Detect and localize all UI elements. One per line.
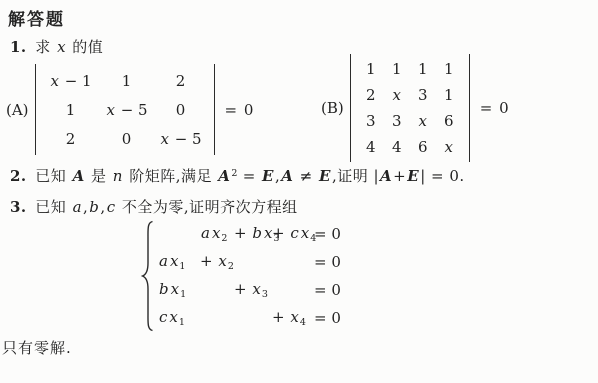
equation-term: + cx4 [272,224,316,244]
determinant-a-cell: x − 1 [49,72,91,90]
determinant-b-cell: 3 [366,112,376,130]
equation-system: ax2+ bx3+ cx4= 0ax1+ x2= 0bx1+ x3= 0cx1+… [141,220,354,332]
equation-term: ax1 [158,252,185,272]
equation-term: = 0 [314,309,341,327]
determinant-b-cell: 1 [444,86,454,104]
closing-text: 只有零解. [2,337,72,358]
determinant-b-cell: 3 [392,112,402,130]
equation-term: + x3 [234,280,268,300]
determinant-b-cell: 1 [444,60,454,78]
determinant-b-cell: 1 [392,60,402,78]
determinant-b-cell: 4 [392,138,402,156]
determinant-a-label: (A) [6,101,29,119]
determinant-b-equals: = 0 [480,99,510,117]
problem-3-text: 已知 a,b,c 不全为零,证明齐次方程组 [35,198,297,216]
determinant-b-cell: 1 [418,60,428,78]
problem-3-number: 3. [10,198,30,216]
determinant-a-cell: 2 [66,130,76,148]
determinant-a-cell: 1 [122,72,132,90]
determinant-b-matrix: 11112x3133x6446x [350,54,470,162]
determinant-a-cell: x − 5 [159,130,201,148]
determinant-b-equation: (B) 11112x3133x6446x = 0 [321,54,510,162]
problem-2: 2. 已知 A 是 n 阶矩阵,满足 A2 = E,A ≠ E,证明 |A+E|… [10,165,465,186]
document-page: 解答题 1. 求 x 的值 (A) x − 1121x − 5020x − 5 … [0,0,598,383]
determinant-a-cell: 0 [122,130,132,148]
equation-term: ax2 [200,224,227,244]
determinant-b-cell: x [444,138,454,156]
problem-2-text: 已知 A 是 n 阶矩阵,满足 A2 = E,A ≠ E,证明 |A+E| = … [35,167,464,185]
problem-2-number: 2. [10,167,30,185]
determinant-b-cell: 3 [418,86,428,104]
determinant-b-cell: x [392,86,402,104]
determinant-a-cell: 0 [176,101,186,119]
determinant-b-cell: 6 [444,112,454,130]
problem-3: 3. 已知 a,b,c 不全为零,证明齐次方程组 [10,196,298,217]
determinant-a-cell: 1 [66,101,76,119]
determinant-b-cell: 1 [366,60,376,78]
determinant-a-equation: (A) x − 1121x − 5020x − 5 = 0 [6,64,254,155]
determinant-a-cell: x − 5 [105,101,147,119]
equation-term: + x4 [272,308,306,328]
determinant-b-cell: 6 [418,138,428,156]
determinant-b-label: (B) [321,99,344,117]
equation-term: = 0 [314,281,341,299]
section-title: 解答题 [8,5,65,30]
left-brace-icon [141,220,154,332]
determinant-b-cell: 2 [366,86,376,104]
equation-term: = 0 [314,253,341,271]
problem-1-number: 1. [10,38,30,56]
equation-term: + x2 [200,252,234,272]
problem-1-text: 求 x 的值 [35,38,103,56]
equation-term: = 0 [314,225,341,243]
problem-1: 1. 求 x 的值 [10,36,103,57]
equation-grid: ax2+ bx3+ cx4= 0ax1+ x2= 0bx1+ x3= 0cx1+… [158,220,354,332]
determinant-a-cell: 2 [176,72,186,90]
determinant-b-cell: x [418,112,428,130]
equation-term: cx1 [158,308,185,328]
equation-term: bx1 [158,280,186,300]
determinant-b-cell: 4 [366,138,376,156]
determinant-a-matrix: x − 1121x − 5020x − 5 [35,64,215,155]
determinant-a-equals: = 0 [225,101,255,119]
